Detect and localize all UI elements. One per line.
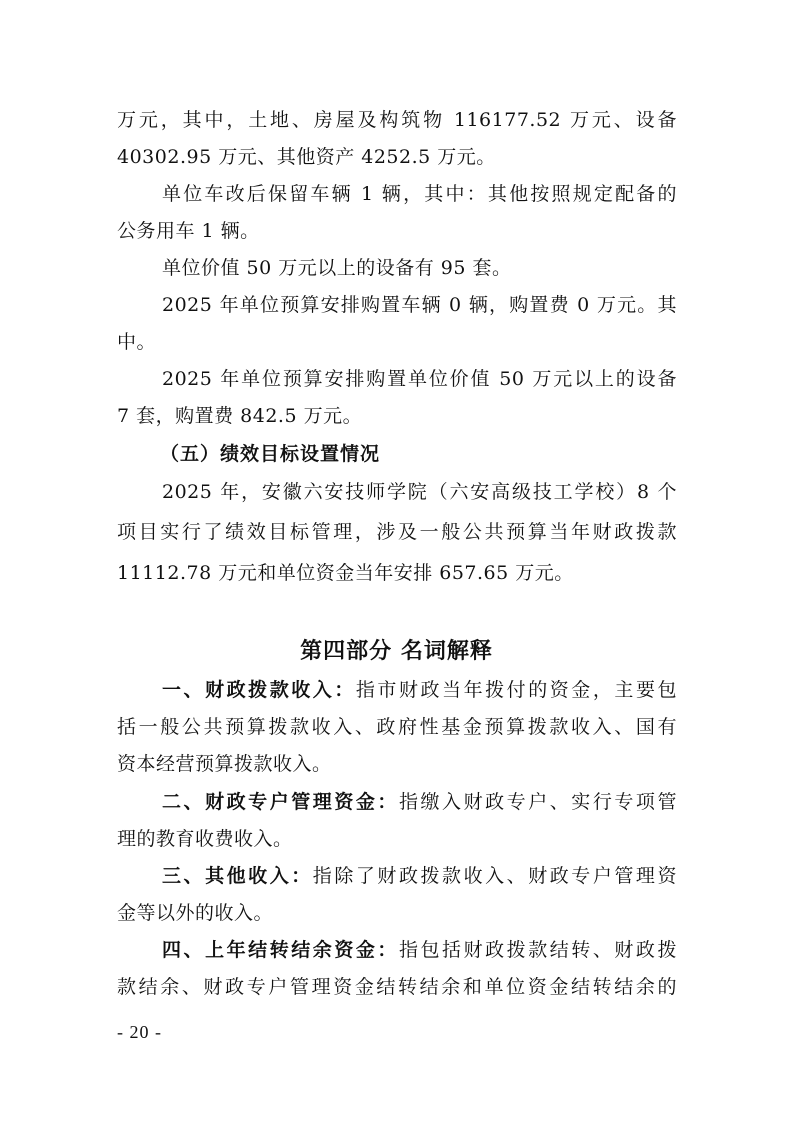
term-3-definition-start: 指除了财政拨款收入、财政专户管理资: [313, 865, 677, 887]
term-4-label: 四、上年结转结余资金：: [162, 939, 399, 961]
term-2-definition-start: 指缴入财政专户、实行专项管: [399, 791, 677, 813]
paragraph-performance-line-1: 2025 年，安徽六安技师学院（六安高级技工学校）8 个: [162, 480, 677, 504]
term-2-line-2: 理的教育收费收入。: [117, 827, 677, 851]
term-1-line-3: 资本经营预算拨款收入。: [117, 752, 677, 776]
term-1-label: 一、财政拨款收入：: [162, 679, 356, 701]
paragraph-assets-line-2: 40302.95 万元、其他资产 4252.5 万元。: [117, 145, 677, 169]
section-title: 第四部分 名词解释: [0, 638, 793, 666]
paragraph-equipment: 单位价值 50 万元以上的设备有 95 套。: [162, 256, 677, 280]
term-4-definition-start: 指包括财政拨款结转、财政拨: [399, 939, 677, 961]
term-3-line-1: 三、其他收入：指除了财政拨款收入、财政专户管理资: [162, 864, 677, 888]
term-4-line-2: 款结余、财政专户管理资金结转结余和单位资金结转结余的: [117, 975, 677, 999]
term-1-definition-start: 指市财政当年拨付的资金，主要包: [356, 679, 677, 701]
paragraph-vehicle-purchase-line-1: 2025 年单位预算安排购置车辆 0 辆，购置费 0 万元。其: [162, 293, 677, 317]
paragraph-assets-line-1: 万元，其中，土地、房屋及构筑物 116177.52 万元、设备: [117, 108, 677, 132]
term-2-line-1: 二、财政专户管理资金：指缴入财政专户、实行专项管: [162, 790, 677, 814]
paragraph-performance-line-2: 项目实行了绩效目标管理，涉及一般公共预算当年财政拨款: [117, 520, 677, 544]
paragraph-vehicles-line-1: 单位车改后保留车辆 1 辆，其中：其他按照规定配备的: [162, 182, 677, 206]
paragraph-vehicle-purchase-line-2: 中。: [117, 330, 677, 354]
document-page: 万元，其中，土地、房屋及构筑物 116177.52 万元、设备 40302.95…: [0, 0, 793, 1122]
paragraph-vehicles-line-2: 公务用车 1 辆。: [117, 219, 677, 243]
paragraph-equipment-purchase-line-1: 2025 年单位预算安排购置单位价值 50 万元以上的设备: [162, 367, 677, 391]
term-3-line-2: 金等以外的收入。: [117, 901, 677, 925]
term-3-label: 三、其他收入：: [162, 865, 313, 887]
term-4-line-1: 四、上年结转结余资金：指包括财政拨款结转、财政拨: [162, 938, 677, 962]
page-number: - 20 -: [117, 1020, 162, 1044]
term-1-line-2: 括一般公共预算拨款收入、政府性基金预算拨款收入、国有: [117, 715, 677, 739]
term-2-label: 二、财政专户管理资金：: [162, 791, 399, 813]
term-1-line-1: 一、财政拨款收入：指市财政当年拨付的资金，主要包: [162, 678, 677, 702]
subsection-heading-performance: （五）绩效目标设置情况: [160, 442, 380, 466]
paragraph-performance-line-3: 11112.78 万元和单位资金当年安排 657.65 万元。: [117, 561, 677, 585]
paragraph-equipment-purchase-line-2: 7 套，购置费 842.5 万元。: [117, 404, 677, 428]
